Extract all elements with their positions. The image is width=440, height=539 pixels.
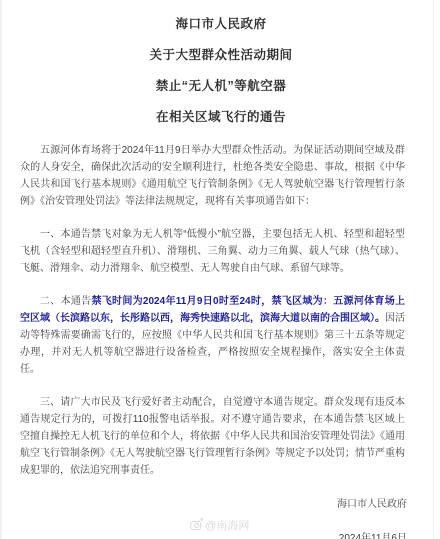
item-2-prefix: 二、本通告 [40, 296, 91, 307]
item-3-paragraph: 三、请广大市民及飞行爱好者主动配合，自觉遵守本通告规定。群众发现有违反本通告规定… [20, 394, 405, 479]
notice-title-block: 海口市人民政府 关于大型群众性活动期间 禁止“无人机”等航空器 在相关区域飞行的… [2, 0, 440, 133]
intro-paragraph: 五源河体育场将于2024年11月9日举办大型群众性活动。为保证活动期间空域及群众… [20, 142, 405, 210]
title-line-subject-2: 禁止“无人机”等航空器 [2, 71, 440, 102]
title-line-issuer: 海口市人民政府 [2, 9, 440, 40]
notice-body: 五源河体育场将于2024年11月9日举办大型群众性活动。为保证活动期间空域及群众… [2, 142, 440, 479]
watermark-label: @南海网 [205, 517, 249, 533]
notice-document: 海口市人民政府 关于大型群众性活动期间 禁止“无人机”等航空器 在相关区域飞行的… [0, 0, 440, 539]
item-1-paragraph: 一、本通告禁飞对象为无人机等“低慢小”航空器，主要包括无人机、轻型和超轻型飞机（… [20, 226, 405, 277]
signature-organization: 海口市人民政府 [2, 495, 407, 510]
item-2-paragraph: 二、本通告禁飞时间为2024年11月9日0时至24时，禁飞区域为：五源河体育场上… [20, 293, 405, 378]
title-line-subject-3: 在相关区域飞行的通告 [2, 102, 440, 133]
title-line-subject-1: 关于大型群众性活动期间 [2, 40, 440, 71]
camera-icon [190, 521, 201, 530]
source-watermark: @南海网 [190, 517, 249, 533]
